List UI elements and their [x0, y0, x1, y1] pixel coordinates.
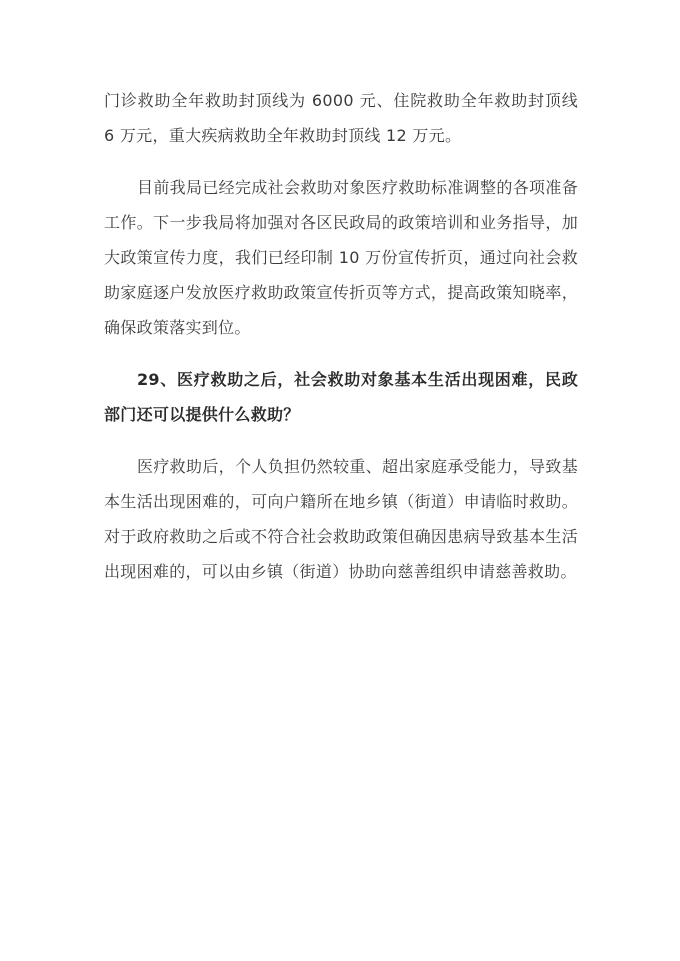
document-page: 门诊救助全年救助封顶线为 6000 元、住院救助全年救助封顶线 6 万元，重大疾… — [104, 83, 578, 606]
question-heading-29: 29、医疗救助之后，社会救助对象基本生活出现困难，民政部门还可以提供什么救助？ — [104, 362, 578, 432]
paragraph-assistance-caps: 门诊救助全年救助封顶线为 6000 元、住院救助全年救助封顶线 6 万元，重大疾… — [104, 83, 578, 153]
paragraph-preparation-work: 目前我局已经完成社会救助对象医疗救助标准调整的各项准备工作。下一步我局将加强对各… — [104, 170, 578, 345]
paragraph-answer-29: 医疗救助后，个人负担仍然较重、超出家庭承受能力，导致基本生活出现困难的，可向户籍… — [104, 449, 578, 589]
